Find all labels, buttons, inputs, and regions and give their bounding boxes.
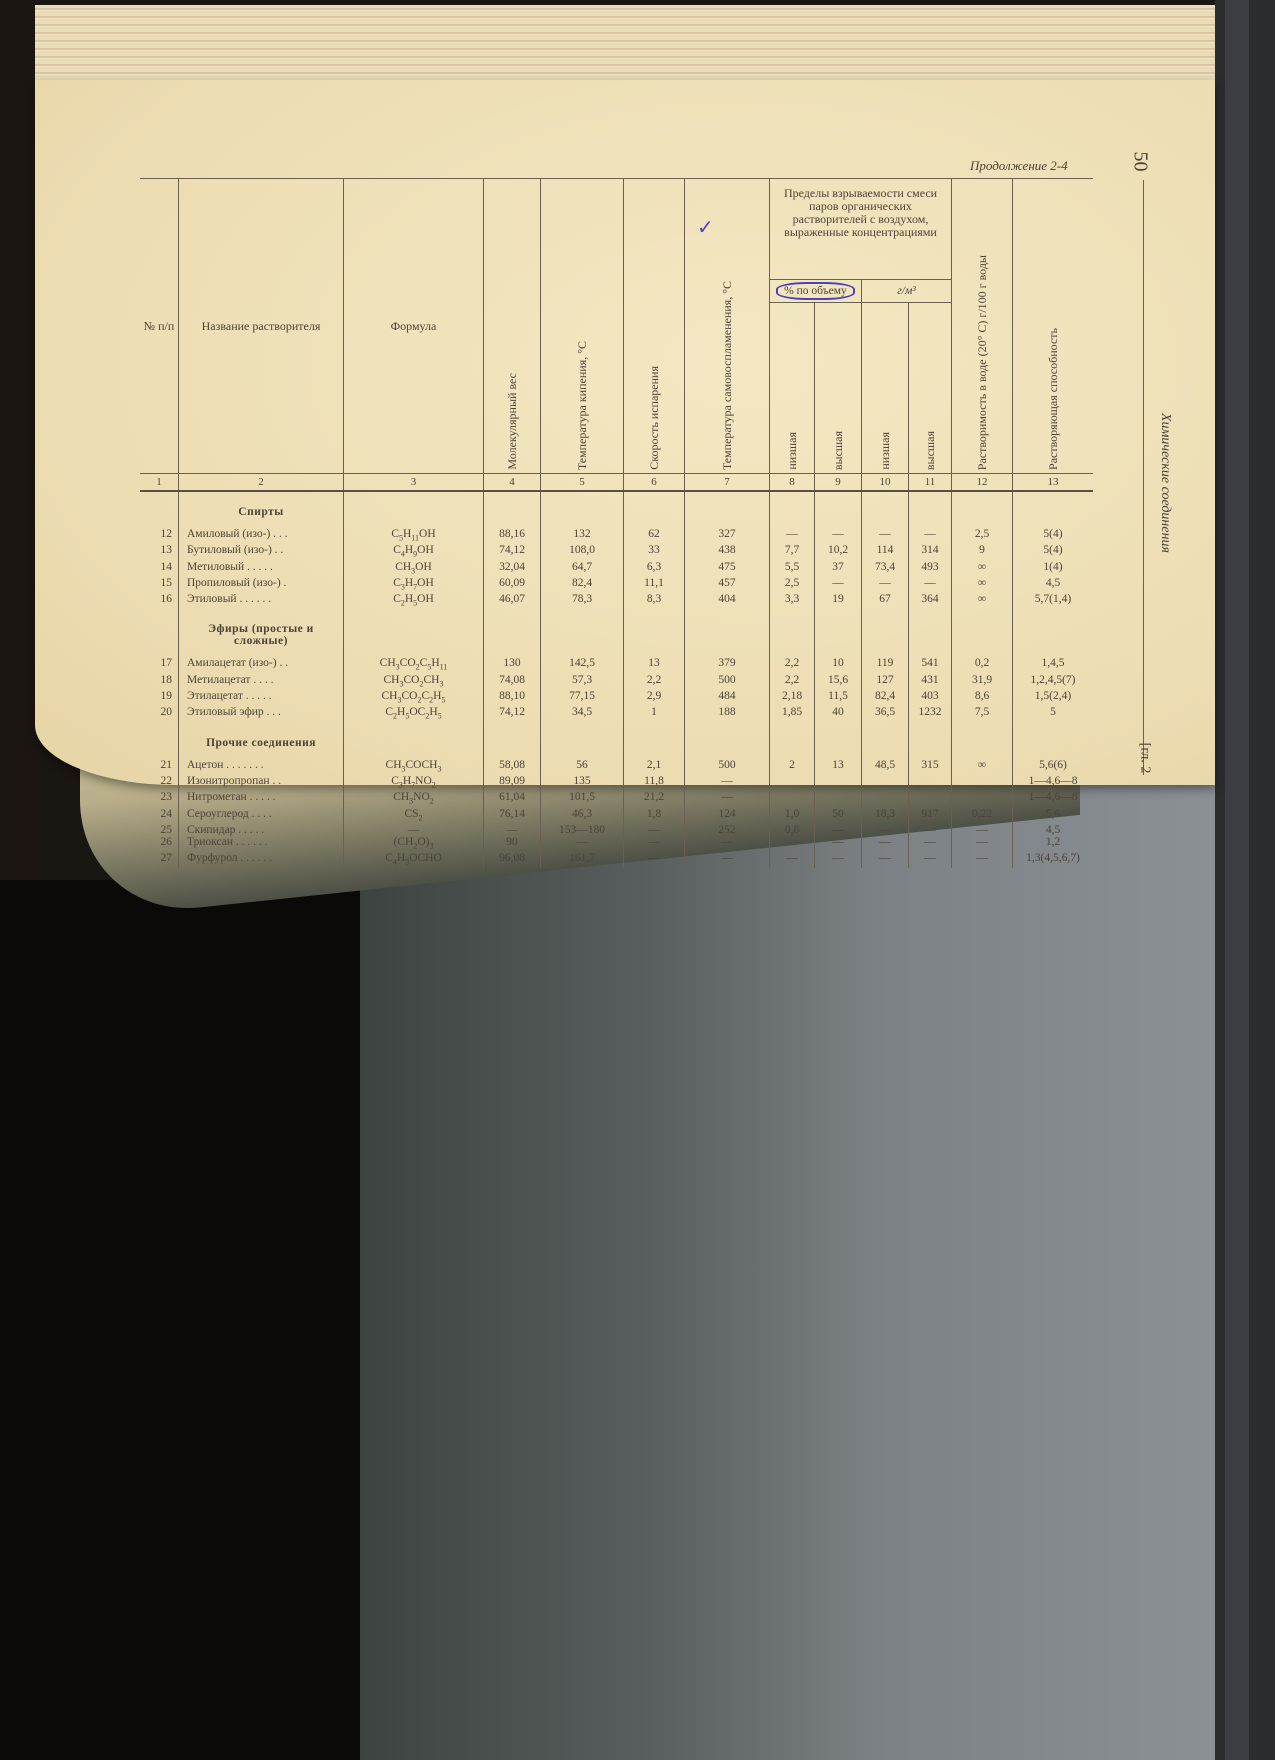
header-pct-upper: высшая <box>815 303 862 474</box>
solvent-name: Сероуглерод . . . . <box>179 808 344 824</box>
solvent-name: Бутиловый (изо-) . . <box>179 544 344 560</box>
row-number: 24 <box>140 808 179 824</box>
header-gm3-lower: низшая <box>862 303 909 474</box>
solubility: 31,9 <box>952 674 1013 690</box>
margin-rule <box>1143 180 1144 775</box>
solvent-name: Нитрометан . . . . . <box>179 791 344 807</box>
table-body: Спирты12Амиловый (изо-) . . .C5H11OH88,1… <box>140 491 1093 868</box>
formula: CH3NO2 <box>344 791 484 807</box>
gm3-upper: 314 <box>909 544 952 560</box>
section-header-row: Эфиры (простые и сложные) <box>140 609 1093 657</box>
gm3-lower <box>862 791 909 807</box>
autoignition-temp: — <box>685 852 770 868</box>
boiling-point: 56 <box>541 759 624 775</box>
table-row: 26Триоксан . . . . . .(CH2O)390————————1… <box>140 836 1093 852</box>
pct-upper: — <box>815 528 862 544</box>
pct-upper: 11,5 <box>815 690 862 706</box>
dissolving-ability: 1(4) <box>1013 561 1094 577</box>
solubility: 9 <box>952 544 1013 560</box>
molecular-weight: 60,09 <box>484 577 541 593</box>
evaporation-rate: 1 <box>624 706 685 722</box>
chapter-marker: [гл. 2 <box>1136 743 1152 774</box>
gm3-upper: 917 <box>909 808 952 824</box>
autoignition-temp: 124 <box>685 808 770 824</box>
gm3-lower: 73,4 <box>862 561 909 577</box>
evaporation-rate: 6,3 <box>624 561 685 577</box>
boiling-point: 132 <box>541 528 624 544</box>
gm3-upper: 1232 <box>909 706 952 722</box>
molecular-weight: 88,16 <box>484 528 541 544</box>
dissolving-ability: 5 <box>1013 706 1094 722</box>
solubility: — <box>952 824 1013 836</box>
gm3-upper: 403 <box>909 690 952 706</box>
pct-upper: — <box>815 577 862 593</box>
dissolving-ability: 5,6(6) <box>1013 759 1094 775</box>
gm3-upper: 431 <box>909 674 952 690</box>
gm3-upper: — <box>909 824 952 836</box>
gm3-lower <box>862 775 909 791</box>
pct-upper: 19 <box>815 593 862 609</box>
boiling-point: 78,3 <box>541 593 624 609</box>
gm3-upper: — <box>909 836 952 852</box>
evaporation-rate: 2,1 <box>624 759 685 775</box>
gm3-lower: 36,5 <box>862 706 909 722</box>
row-number: 15 <box>140 577 179 593</box>
autoignition-temp: 500 <box>685 759 770 775</box>
dissolving-ability: 1,3(4,5,6,7) <box>1013 852 1094 868</box>
scanner-background-dark <box>0 880 360 1760</box>
gm3-lower: — <box>862 824 909 836</box>
boiling-point: 161,7 <box>541 852 624 868</box>
table-row: 27Фурфурол . . . . . .C4H3OCHO96,08161,7… <box>140 852 1093 868</box>
row-number: 25 <box>140 824 179 836</box>
header-name: Название растворителя <box>179 179 344 474</box>
pct-lower: 2,2 <box>770 657 815 673</box>
gm3-lower: 67 <box>862 593 909 609</box>
pct-lower: 2,2 <box>770 674 815 690</box>
table-row: 25Скипидар . . . . .——153—180—2520,8————… <box>140 824 1093 836</box>
autoignition-temp: — <box>685 775 770 791</box>
boiling-point: 46,3 <box>541 808 624 824</box>
molecular-weight: 130 <box>484 657 541 673</box>
molecular-weight: 89,09 <box>484 775 541 791</box>
dissolving-ability: 1,2,4,5(7) <box>1013 674 1094 690</box>
evaporation-rate: 11,8 <box>624 775 685 791</box>
autoignition-temp: 327 <box>685 528 770 544</box>
formula: — <box>344 824 484 836</box>
row-number: 13 <box>140 544 179 560</box>
solvent-name: Триоксан . . . . . . <box>179 836 344 852</box>
table-row: 20Этиловый эфир . . .C2H5OC2H574,1234,51… <box>140 706 1093 722</box>
row-number: 14 <box>140 561 179 577</box>
molecular-weight: 58,08 <box>484 759 541 775</box>
row-number: 21 <box>140 759 179 775</box>
molecular-weight: 88,10 <box>484 690 541 706</box>
solvent-properties-table: № п/п Название растворителя Формула Моле… <box>140 178 1093 868</box>
evaporation-rate: 2,9 <box>624 690 685 706</box>
table-row: 22Изонитропропан . .C3H7NO289,0913511,8—… <box>140 775 1093 791</box>
autoignition-temp: — <box>685 836 770 852</box>
table-row: 17Амилацетат (изо-) . .CH3CO2C5H11130142… <box>140 657 1093 673</box>
molecular-weight: 90 <box>484 836 541 852</box>
pct-upper <box>815 775 862 791</box>
solubility: 0,2 <box>952 657 1013 673</box>
table-row: 18Метилацетат . . . .CH3CO2CH374,0857,32… <box>140 674 1093 690</box>
formula: CH3CO2C5H11 <box>344 657 484 673</box>
header-autoignition-temp: Температура самовоспламенения, °С <box>685 179 770 474</box>
pct-lower: 2,5 <box>770 577 815 593</box>
molecular-weight: 74,12 <box>484 706 541 722</box>
molecular-weight: 61,04 <box>484 791 541 807</box>
boiling-point: 101,5 <box>541 791 624 807</box>
solvent-name: Скипидар . . . . . <box>179 824 344 836</box>
solubility: 2,5 <box>952 528 1013 544</box>
solvent-name: Метиловый . . . . . <box>179 561 344 577</box>
table-row: 19Этилацетат . . . . .CH3CO2C2H588,1077,… <box>140 690 1093 706</box>
pct-lower <box>770 775 815 791</box>
pct-lower: 7,7 <box>770 544 815 560</box>
pct-upper: — <box>815 836 862 852</box>
evaporation-rate: 11,1 <box>624 577 685 593</box>
formula: C3H7NO2 <box>344 775 484 791</box>
gm3-lower: — <box>862 577 909 593</box>
solubility <box>952 775 1013 791</box>
evaporation-rate: — <box>624 852 685 868</box>
table-row: 24Сероуглерод . . . .CS276,1446,31,81241… <box>140 808 1093 824</box>
header-number: № п/п <box>140 179 179 474</box>
autoignition-temp: — <box>685 791 770 807</box>
continuation-label: Продолжение 2-4 <box>970 158 1068 174</box>
solvent-name: Амиловый (изо-) . . . <box>179 528 344 544</box>
pct-lower: 1,0 <box>770 808 815 824</box>
pct-lower: 5,5 <box>770 561 815 577</box>
formula: CH3OH <box>344 561 484 577</box>
formula: CS2 <box>344 808 484 824</box>
gm3-upper: — <box>909 852 952 868</box>
row-number: 19 <box>140 690 179 706</box>
pct-lower: 3,3 <box>770 593 815 609</box>
boiling-point: 153—180 <box>541 824 624 836</box>
solubility: ∞ <box>952 759 1013 775</box>
gm3-upper: — <box>909 577 952 593</box>
solvent-name: Этиловый эфир . . . <box>179 706 344 722</box>
table-row: 21Ацетон . . . . . . .CH3COCH358,08562,1… <box>140 759 1093 775</box>
row-number: 23 <box>140 791 179 807</box>
pct-lower: 0,8 <box>770 824 815 836</box>
book-page-edges <box>35 5 1215 85</box>
dissolving-ability: 1,5(2,4) <box>1013 690 1094 706</box>
gm3-lower: 127 <box>862 674 909 690</box>
autoignition-temp: 475 <box>685 561 770 577</box>
gm3-upper <box>909 775 952 791</box>
gm3-upper: — <box>909 528 952 544</box>
formula: CH3CO2C2H5 <box>344 690 484 706</box>
gm3-upper: 493 <box>909 561 952 577</box>
evaporation-rate: 21,2 <box>624 791 685 807</box>
header-solubility: Растворимость в воде (20° С) г/100 г вод… <box>952 179 1013 474</box>
pct-upper <box>815 791 862 807</box>
pct-lower: — <box>770 852 815 868</box>
evaporation-rate: 13 <box>624 657 685 673</box>
solubility: 7,5 <box>952 706 1013 722</box>
gm3-upper: 541 <box>909 657 952 673</box>
evaporation-rate: 62 <box>624 528 685 544</box>
header-formula: Формула <box>344 179 484 474</box>
pct-upper: 40 <box>815 706 862 722</box>
header-dissolving-ability: Растворяющая способность <box>1013 179 1094 474</box>
pct-lower: — <box>770 836 815 852</box>
row-number: 26 <box>140 836 179 852</box>
dissolving-ability: 1—4,6—8 <box>1013 791 1094 807</box>
solubility: ∞ <box>952 577 1013 593</box>
autoignition-temp: 379 <box>685 657 770 673</box>
solubility: ∞ <box>952 561 1013 577</box>
evaporation-rate: 2,2 <box>624 674 685 690</box>
scanner-lid-panel <box>360 770 1215 1760</box>
formula: (CH2O)3 <box>344 836 484 852</box>
table-row: 16Этиловый . . . . . .C2H5OH46,0778,38,3… <box>140 593 1093 609</box>
molecular-weight: 76,14 <box>484 808 541 824</box>
gm3-lower: — <box>862 852 909 868</box>
pct-lower: 2 <box>770 759 815 775</box>
evaporation-rate: — <box>624 836 685 852</box>
page-number: 50 <box>1129 152 1152 172</box>
dissolving-ability: 4,5 <box>1013 577 1094 593</box>
pct-lower: 2,18 <box>770 690 815 706</box>
header-evaporation-rate: Скорость испарения <box>624 179 685 474</box>
boiling-point: 57,3 <box>541 674 624 690</box>
pct-upper: 37 <box>815 561 862 577</box>
solubility <box>952 791 1013 807</box>
table-row: 15Пропиловый (изо-) .C3H7OH60,0982,411,1… <box>140 577 1093 593</box>
dissolving-ability: 1,2 <box>1013 836 1094 852</box>
gm3-upper: 364 <box>909 593 952 609</box>
molecular-weight: 46,07 <box>484 593 541 609</box>
pct-upper: — <box>815 824 862 836</box>
table-row: 14Метиловый . . . . .CH3OH32,0464,76,347… <box>140 561 1093 577</box>
section-header-row: Прочие соединения <box>140 723 1093 759</box>
pct-upper: 50 <box>815 808 862 824</box>
formula: C4H9OH <box>344 544 484 560</box>
header-g-m3: г/м³ <box>862 280 952 303</box>
row-number: 27 <box>140 852 179 868</box>
gm3-lower: — <box>862 836 909 852</box>
solubility: — <box>952 836 1013 852</box>
solvent-name: Этиловый . . . . . . <box>179 593 344 609</box>
pct-lower: — <box>770 528 815 544</box>
autoignition-temp: 404 <box>685 593 770 609</box>
running-head: Химические соединения <box>1157 353 1173 613</box>
pct-upper: 10,2 <box>815 544 862 560</box>
molecular-weight: 32,04 <box>484 561 541 577</box>
molecular-weight: 74,12 <box>484 544 541 560</box>
section-title: Спирты <box>179 491 344 528</box>
formula: CH3COCH3 <box>344 759 484 775</box>
gm3-lower: 114 <box>862 544 909 560</box>
table-row: 23Нитрометан . . . . .CH3NO261,04101,521… <box>140 791 1093 807</box>
pct-upper: 15,6 <box>815 674 862 690</box>
boiling-point: 82,4 <box>541 577 624 593</box>
dissolving-ability: 5,7(1,4) <box>1013 593 1094 609</box>
pct-lower <box>770 791 815 807</box>
solubility: 0,22 <box>952 808 1013 824</box>
autoignition-temp: 500 <box>685 674 770 690</box>
autoignition-temp: 252 <box>685 824 770 836</box>
boiling-point: 108,0 <box>541 544 624 560</box>
evaporation-rate: — <box>624 824 685 836</box>
gm3-lower: — <box>862 528 909 544</box>
solvent-name: Этилацетат . . . . . <box>179 690 344 706</box>
solvent-name: Амилацетат (изо-) . . <box>179 657 344 673</box>
autoignition-temp: 457 <box>685 577 770 593</box>
boiling-point: 142,5 <box>541 657 624 673</box>
book-page: Продолжение 2-4 50 Химические соединения… <box>35 80 1215 785</box>
solubility: 8,6 <box>952 690 1013 706</box>
dissolving-ability: 5,6 <box>1013 808 1094 824</box>
row-number: 22 <box>140 775 179 791</box>
formula: C5H11OH <box>344 528 484 544</box>
molecular-weight: — <box>484 824 541 836</box>
row-number: 16 <box>140 593 179 609</box>
row-number: 17 <box>140 657 179 673</box>
formula: C2H5OC2H5 <box>344 706 484 722</box>
section-title: Прочие соединения <box>179 723 344 759</box>
table-row: 12Амиловый (изо-) . . .C5H11OH88,1613262… <box>140 528 1093 544</box>
gm3-lower: 48,5 <box>862 759 909 775</box>
pct-lower: 1,85 <box>770 706 815 722</box>
header-pct-volume: % по объему <box>770 280 862 303</box>
boiling-point: 77,15 <box>541 690 624 706</box>
evaporation-rate: 33 <box>624 544 685 560</box>
column-number-row: 1 2 3 4 5 6 7 8 9 10 11 12 13 <box>140 474 1093 492</box>
gm3-lower: 119 <box>862 657 909 673</box>
pct-upper: 13 <box>815 759 862 775</box>
molecular-weight: 74,08 <box>484 674 541 690</box>
solubility: ∞ <box>952 593 1013 609</box>
gm3-lower: 82,4 <box>862 690 909 706</box>
header-boiling-point: Температура кипения, °С <box>541 179 624 474</box>
solvent-name: Ацетон . . . . . . . <box>179 759 344 775</box>
evaporation-rate: 8,3 <box>624 593 685 609</box>
gm3-lower: 18,3 <box>862 808 909 824</box>
scanner-background-right <box>1215 0 1275 1760</box>
pct-upper: — <box>815 852 862 868</box>
row-number: 20 <box>140 706 179 722</box>
row-number: 12 <box>140 528 179 544</box>
boiling-point: — <box>541 836 624 852</box>
table-row: 13Бутиловый (изо-) . .C4H9OH74,12108,033… <box>140 544 1093 560</box>
dissolving-ability: 5(4) <box>1013 544 1094 560</box>
section-title: Эфиры (простые и сложные) <box>179 609 344 657</box>
header-pct-lower: низшая <box>770 303 815 474</box>
pct-upper: 10 <box>815 657 862 673</box>
boiling-point: 34,5 <box>541 706 624 722</box>
header-gm3-upper: высшая <box>909 303 952 474</box>
solvent-name: Фурфурол . . . . . . <box>179 852 344 868</box>
dissolving-ability: 1—4,6—8 <box>1013 775 1094 791</box>
solvent-name: Пропиловый (изо-) . <box>179 577 344 593</box>
gm3-upper <box>909 791 952 807</box>
dissolving-ability: 4,5 <box>1013 824 1094 836</box>
solvent-name: Изонитропропан . . <box>179 775 344 791</box>
formula: C3H7OH <box>344 577 484 593</box>
header-molecular-weight: Молекулярный вес <box>484 179 541 474</box>
row-number: 18 <box>140 674 179 690</box>
autoignition-temp: 484 <box>685 690 770 706</box>
dissolving-ability: 1,4,5 <box>1013 657 1094 673</box>
formula: CH3CO2CH3 <box>344 674 484 690</box>
autoignition-temp: 438 <box>685 544 770 560</box>
dissolving-ability: 5(4) <box>1013 528 1094 544</box>
solubility: — <box>952 852 1013 868</box>
solvent-name: Метилацетат . . . . <box>179 674 344 690</box>
boiling-point: 135 <box>541 775 624 791</box>
formula: C4H3OCHO <box>344 852 484 868</box>
autoignition-temp: 188 <box>685 706 770 722</box>
evaporation-rate: 1,8 <box>624 808 685 824</box>
formula: C2H5OH <box>344 593 484 609</box>
header-explosive-limits: Пределы взрываемости смеси паров органич… <box>770 179 952 280</box>
section-header-row: Спирты <box>140 491 1093 528</box>
molecular-weight: 96,08 <box>484 852 541 868</box>
boiling-point: 64,7 <box>541 561 624 577</box>
gm3-upper: 315 <box>909 759 952 775</box>
